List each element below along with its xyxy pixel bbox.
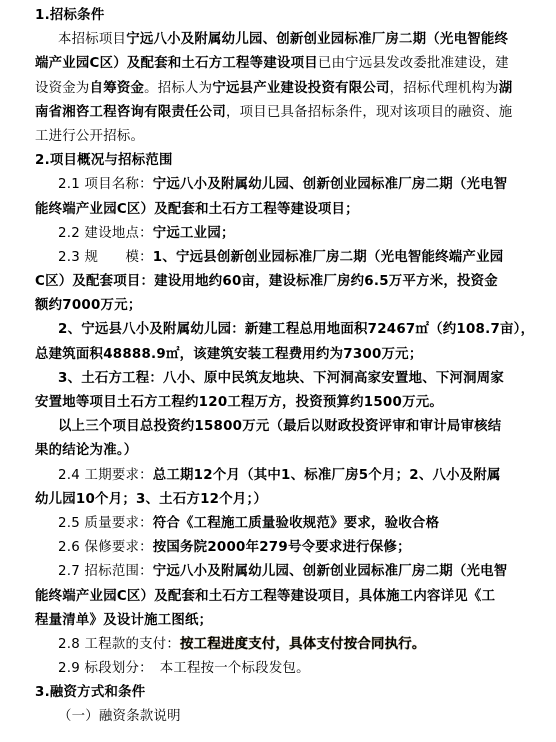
text-run: 设资金为 <box>35 81 90 96</box>
text-run: 本招标项目 <box>58 32 126 47</box>
bold-text-run: 按国务院2000年279号令要求进行保修； <box>153 540 411 555</box>
bold-text-run: 宁远八小及附属幼儿园、创新创业园标准厂房二期（光电智 <box>153 177 508 192</box>
paragraph-line: 2.2 建设地点：宁远工业园； <box>35 222 453 246</box>
paragraph-line: 2、宁远县八小及附属幼儿园：新建工程总用地面积72467㎡（约108.7亩）， <box>35 318 453 342</box>
paragraph-line: 果的结论为准。） <box>35 439 453 463</box>
bold-text-run: 2、宁远县八小及附属幼儿园：新建工程总用地面积72467㎡（约108.7亩）， <box>58 322 534 337</box>
bold-text-run: 南省湘咨工程咨询有限责任公司 <box>35 105 226 120</box>
text-run: ，项目已具备招标条件，现对该项目的融资、施 <box>226 105 512 120</box>
paragraph-line: 设资金为自筹资金。招标人为宁远县产业建设投资有限公司，招标代理机构为湖 <box>35 77 453 101</box>
text-run: 2.4 工期要求： <box>58 468 153 483</box>
bold-text-run: 湖 <box>499 81 513 96</box>
text-run: 2.9 标段划分： 本工程按一个标段发包。 <box>58 661 310 676</box>
text-run: 工进行公开招标。 <box>35 129 144 144</box>
bold-text-run: 1、宁远县创新创业园标准厂房二期（光电智能终端产业园 <box>153 250 504 265</box>
paragraph-line: 安置地等项目土石方工程约120工程万方，投资预算约1500万元。 <box>35 391 453 415</box>
paragraph-line: 本招标项目宁远八小及附属幼儿园、创新创业园标准厂房二期（光电智能终 <box>35 28 453 52</box>
bold-text-run: 宁远八小及附属幼儿园、创新创业园标准厂房二期（光电智 <box>153 564 508 579</box>
paragraph-line: C区）及配套项目：建设用地约60亩，建设标准厂房约6.5万平方米，投资金 <box>35 270 453 294</box>
paragraph-line: 幼儿园10个月；3、土石方12个月；） <box>35 488 453 512</box>
paragraph-line: 额约7000万元； <box>35 294 453 318</box>
paragraph-line: 3、土石方工程：八小、原中民筑友地块、下河洞高家安置地、下河洞周家 <box>35 367 453 391</box>
paragraph-line: 能终端产业园C区）及配套和土石方工程等建设项目； <box>35 198 453 222</box>
paragraph-line: 2.9 标段划分： 本工程按一个标段发包。 <box>35 657 453 681</box>
paragraph-line: 2.3 规 模：1、宁远县创新创业园标准厂房二期（光电智能终端产业园 <box>35 246 453 270</box>
paragraph-line: 总建筑面积48888.9㎡，该建筑安装工程费用约为7300万元； <box>35 343 453 367</box>
text-run: 。招标人为 <box>144 81 212 96</box>
bold-text-run: 能终端产业园C区）及配套和土石方工程等建设项目； <box>35 202 359 217</box>
section-heading: 1.招标条件 <box>35 4 453 28</box>
paragraph-line: 程量清单》及设计施工图纸； <box>35 609 453 633</box>
text-run: 2.3 规 模： <box>58 250 153 265</box>
text-run: ，招标代理机构为 <box>390 81 499 96</box>
paragraph-line: 2.4 工期要求：总工期12个月（其中1、标准厂房5个月；2、八小及附属 <box>35 464 453 488</box>
bold-text-run: 宁远县产业建设投资有限公司 <box>212 81 389 96</box>
text-run: （一）融资条款说明 <box>58 709 181 724</box>
paragraph-line: 南省湘咨工程咨询有限责任公司，项目已具备招标条件，现对该项目的融资、施 <box>35 101 453 125</box>
bold-text-run: 总建筑面积48888.9㎡，该建筑安装工程费用约为7300万元； <box>35 347 422 362</box>
bold-text-run: 安置地等项目土石方工程约120工程万方，投资预算约1500万元。 <box>35 395 443 410</box>
text-run: 2.2 建设地点： <box>58 226 153 241</box>
bold-text-run: 自筹资金 <box>90 81 145 96</box>
paragraph-line: 2.8 工程款的支付：按工程进度支付，具体支付按合同执行。 <box>35 633 453 657</box>
bold-text-run: 幼儿园10个月；3、土石方12个月；） <box>35 492 267 507</box>
paragraph-line: 以上三个项目总投资约15800万元（最后以财政投资评审和审计局审核结 <box>35 415 453 439</box>
text-run: 2.5 质量要求： <box>58 516 153 531</box>
bold-text-run: 果的结论为准。） <box>35 443 137 458</box>
text-run: 已由宁远县发改委批准建设，建 <box>318 56 509 71</box>
bold-text-run: 程量清单》及设计施工图纸； <box>35 613 212 628</box>
text-run: 2.1 项目名称： <box>58 177 153 192</box>
paragraph-line: 2.7 招标范围：宁远八小及附属幼儿园、创新创业园标准厂房二期（光电智 <box>35 560 453 584</box>
text-run: 2.8 工程款的支付： <box>58 637 180 652</box>
bold-text-run: C区）及配套项目：建设用地约60亩，建设标准厂房约6.5万平方米，投资金 <box>35 274 498 289</box>
paragraph-line: （一）融资条款说明 <box>35 705 453 729</box>
bold-text-run: 宁远八小及附属幼儿园、创新创业园标准厂房二期（光电智能终 <box>126 32 508 47</box>
paragraph-line: 能终端产业园C区）及配套和土石方工程等建设项目，具体施工内容详见《工 <box>35 585 453 609</box>
section-heading: 3.融资方式和条件 <box>35 681 453 705</box>
paragraph-line: 工进行公开招标。 <box>35 125 453 149</box>
bold-text-run: 以上三个项目总投资约15800万元（最后以财政投资评审和审计局审核结 <box>58 419 501 434</box>
bold-text-run: 端产业园C区）及配套和土石方工程等建设项目 <box>35 56 318 71</box>
bold-text-run: 总工期12个月（其中1、标准厂房5个月；2、八小及附属 <box>153 468 501 483</box>
bold-text-run: 额约7000万元； <box>35 298 141 313</box>
section-heading: 2.项目概况与招标范围 <box>35 149 453 173</box>
bold-text-run: 按工程进度支付，具体支付按合同执行。 <box>180 637 426 652</box>
text-run: 2.7 招标范围： <box>58 564 153 579</box>
paragraph-line: 2.5 质量要求：符合《工程施工质量验收规范》要求，验收合格 <box>35 512 453 536</box>
paragraph-line: 2.1 项目名称：宁远八小及附属幼儿园、创新创业园标准厂房二期（光电智 <box>35 173 453 197</box>
bold-text-run: 宁远工业园； <box>153 226 235 241</box>
paragraph-line: 端产业园C区）及配套和土石方工程等建设项目已由宁远县发改委批准建设，建 <box>35 52 453 76</box>
document-page: 1.招标条件本招标项目宁远八小及附属幼儿园、创新创业园标准厂房二期（光电智能终端… <box>35 4 453 730</box>
paragraph-line: 2.6 保修要求：按国务院2000年279号令要求进行保修； <box>35 536 453 560</box>
bold-text-run: 3、土石方工程：八小、原中民筑友地块、下河洞高家安置地、下河洞周家 <box>58 371 504 386</box>
bold-text-run: 能终端产业园C区）及配套和土石方工程等建设项目，具体施工内容详见《工 <box>35 589 495 604</box>
text-run: 2.6 保修要求： <box>58 540 153 555</box>
bold-text-run: 符合《工程施工质量验收规范》要求，验收合格 <box>153 516 439 531</box>
